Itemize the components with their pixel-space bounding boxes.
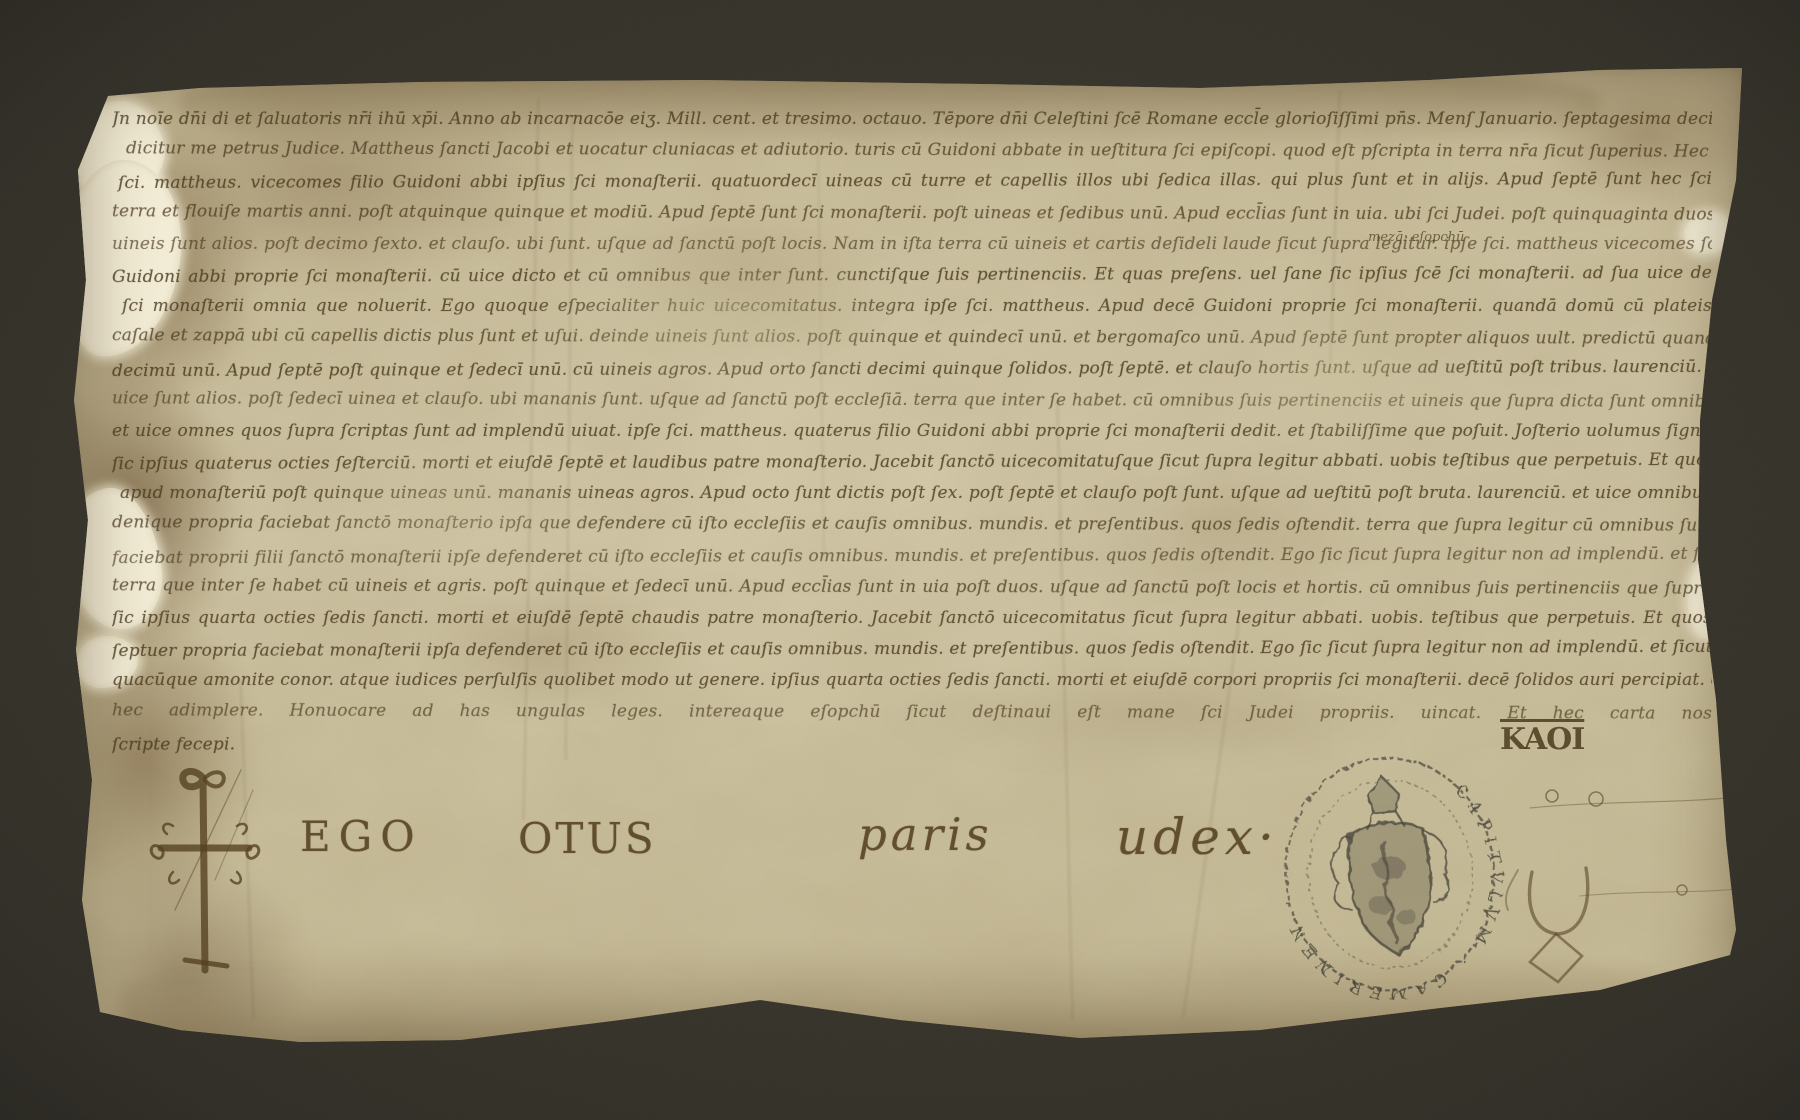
- signature-word-paris: paris: [858, 808, 993, 861]
- manuscript-line: apud monaſteriū poſt quinque uineas unū.…: [112, 478, 1712, 509]
- manuscript-line: hec adimplere. Honuocare ad has ungulas …: [112, 695, 1712, 730]
- manuscript-line: terra et flouiſe martis anni. poſt atqui…: [112, 196, 1712, 231]
- signature-word-ego: EGO: [300, 812, 423, 861]
- manuscript-line: ſci. mattheus. vicecomes filio Guidoni a…: [112, 164, 1712, 199]
- stamp-inscription: CAPITVLVM · CAMERINEN ·: [1275, 778, 1505, 1000]
- manuscript-line: terra que inter ſe habet cū uineis et ag…: [112, 570, 1712, 605]
- chrismon-cross-icon: [145, 760, 265, 990]
- manuscript-line: denique propria faciebat ſanctō monaſter…: [112, 508, 1712, 543]
- manuscript-line: Guidoni abbi proprie ſci monaſterii. cū …: [112, 258, 1712, 293]
- notarial-monogram: KAOI: [1500, 722, 1584, 757]
- manuscript-line: ſcripte fecepi.: [112, 726, 1520, 761]
- manuscript-line: caſale et zappā ubi cū capellis dictis p…: [112, 321, 1712, 356]
- manuscript-line: uice ſunt alios. poſt ſedecī uinea et cl…: [112, 383, 1712, 418]
- archive-ink-stamp: CAPITVLVM · CAMERINEN ·: [1275, 748, 1505, 1000]
- parchment-document: Jn noīe dn̄i di et ſaluatoris nr̄i ihū x…: [60, 60, 1750, 1060]
- manuscript-line: decimū unū. Apud ſeptē poſt quinque et ſ…: [112, 351, 1712, 386]
- signature-word-iudex: udex·: [1116, 808, 1279, 866]
- manuscript-line: dicitur me petrus Judice. Mattheus ſanct…: [112, 134, 1712, 169]
- manuscript-text-block: Jn noīe dn̄i di et ſaluatoris nr̄i ihū x…: [112, 104, 1712, 759]
- manuscript-line: ſci monaſterii omnia que noluerit. Ego q…: [112, 291, 1712, 322]
- signature-word-otus: OTUS: [518, 814, 657, 863]
- manuscript-line: Jn noīe dn̄i di et ſaluatoris nr̄i ihū x…: [112, 104, 1712, 135]
- manuscript-line: quacūque amonite conor. atque iudices pe…: [112, 665, 1712, 696]
- interlinear-insertion: mezq̄: eſopchū: [1368, 230, 1464, 245]
- manuscript-line: ſeptuer propria faciebat monaſterii ipſa…: [112, 632, 1712, 667]
- svg-text:CAPITVLVM · CAMERINEN ·: CAPITVLVM · CAMERINEN ·: [1275, 778, 1505, 1000]
- manuscript-line: et uice omnes quos ſupra ſcriptas ſunt a…: [112, 416, 1712, 447]
- manuscript-line: faciebat proprii filii ſanctō monaſterii…: [112, 539, 1712, 574]
- manuscript-line: ſic ipſius quarta octies ſedis ſancti. m…: [112, 603, 1712, 634]
- manuscript-line: uineis ſunt alios. poſt decimo ſexto. et…: [112, 229, 1712, 260]
- photo-backdrop: Jn noīe dn̄i di et ſaluatoris nr̄i ihū x…: [0, 0, 1800, 1120]
- manuscript-line: ſic ipſius quaterus octies ſeſterciū. mo…: [112, 445, 1712, 480]
